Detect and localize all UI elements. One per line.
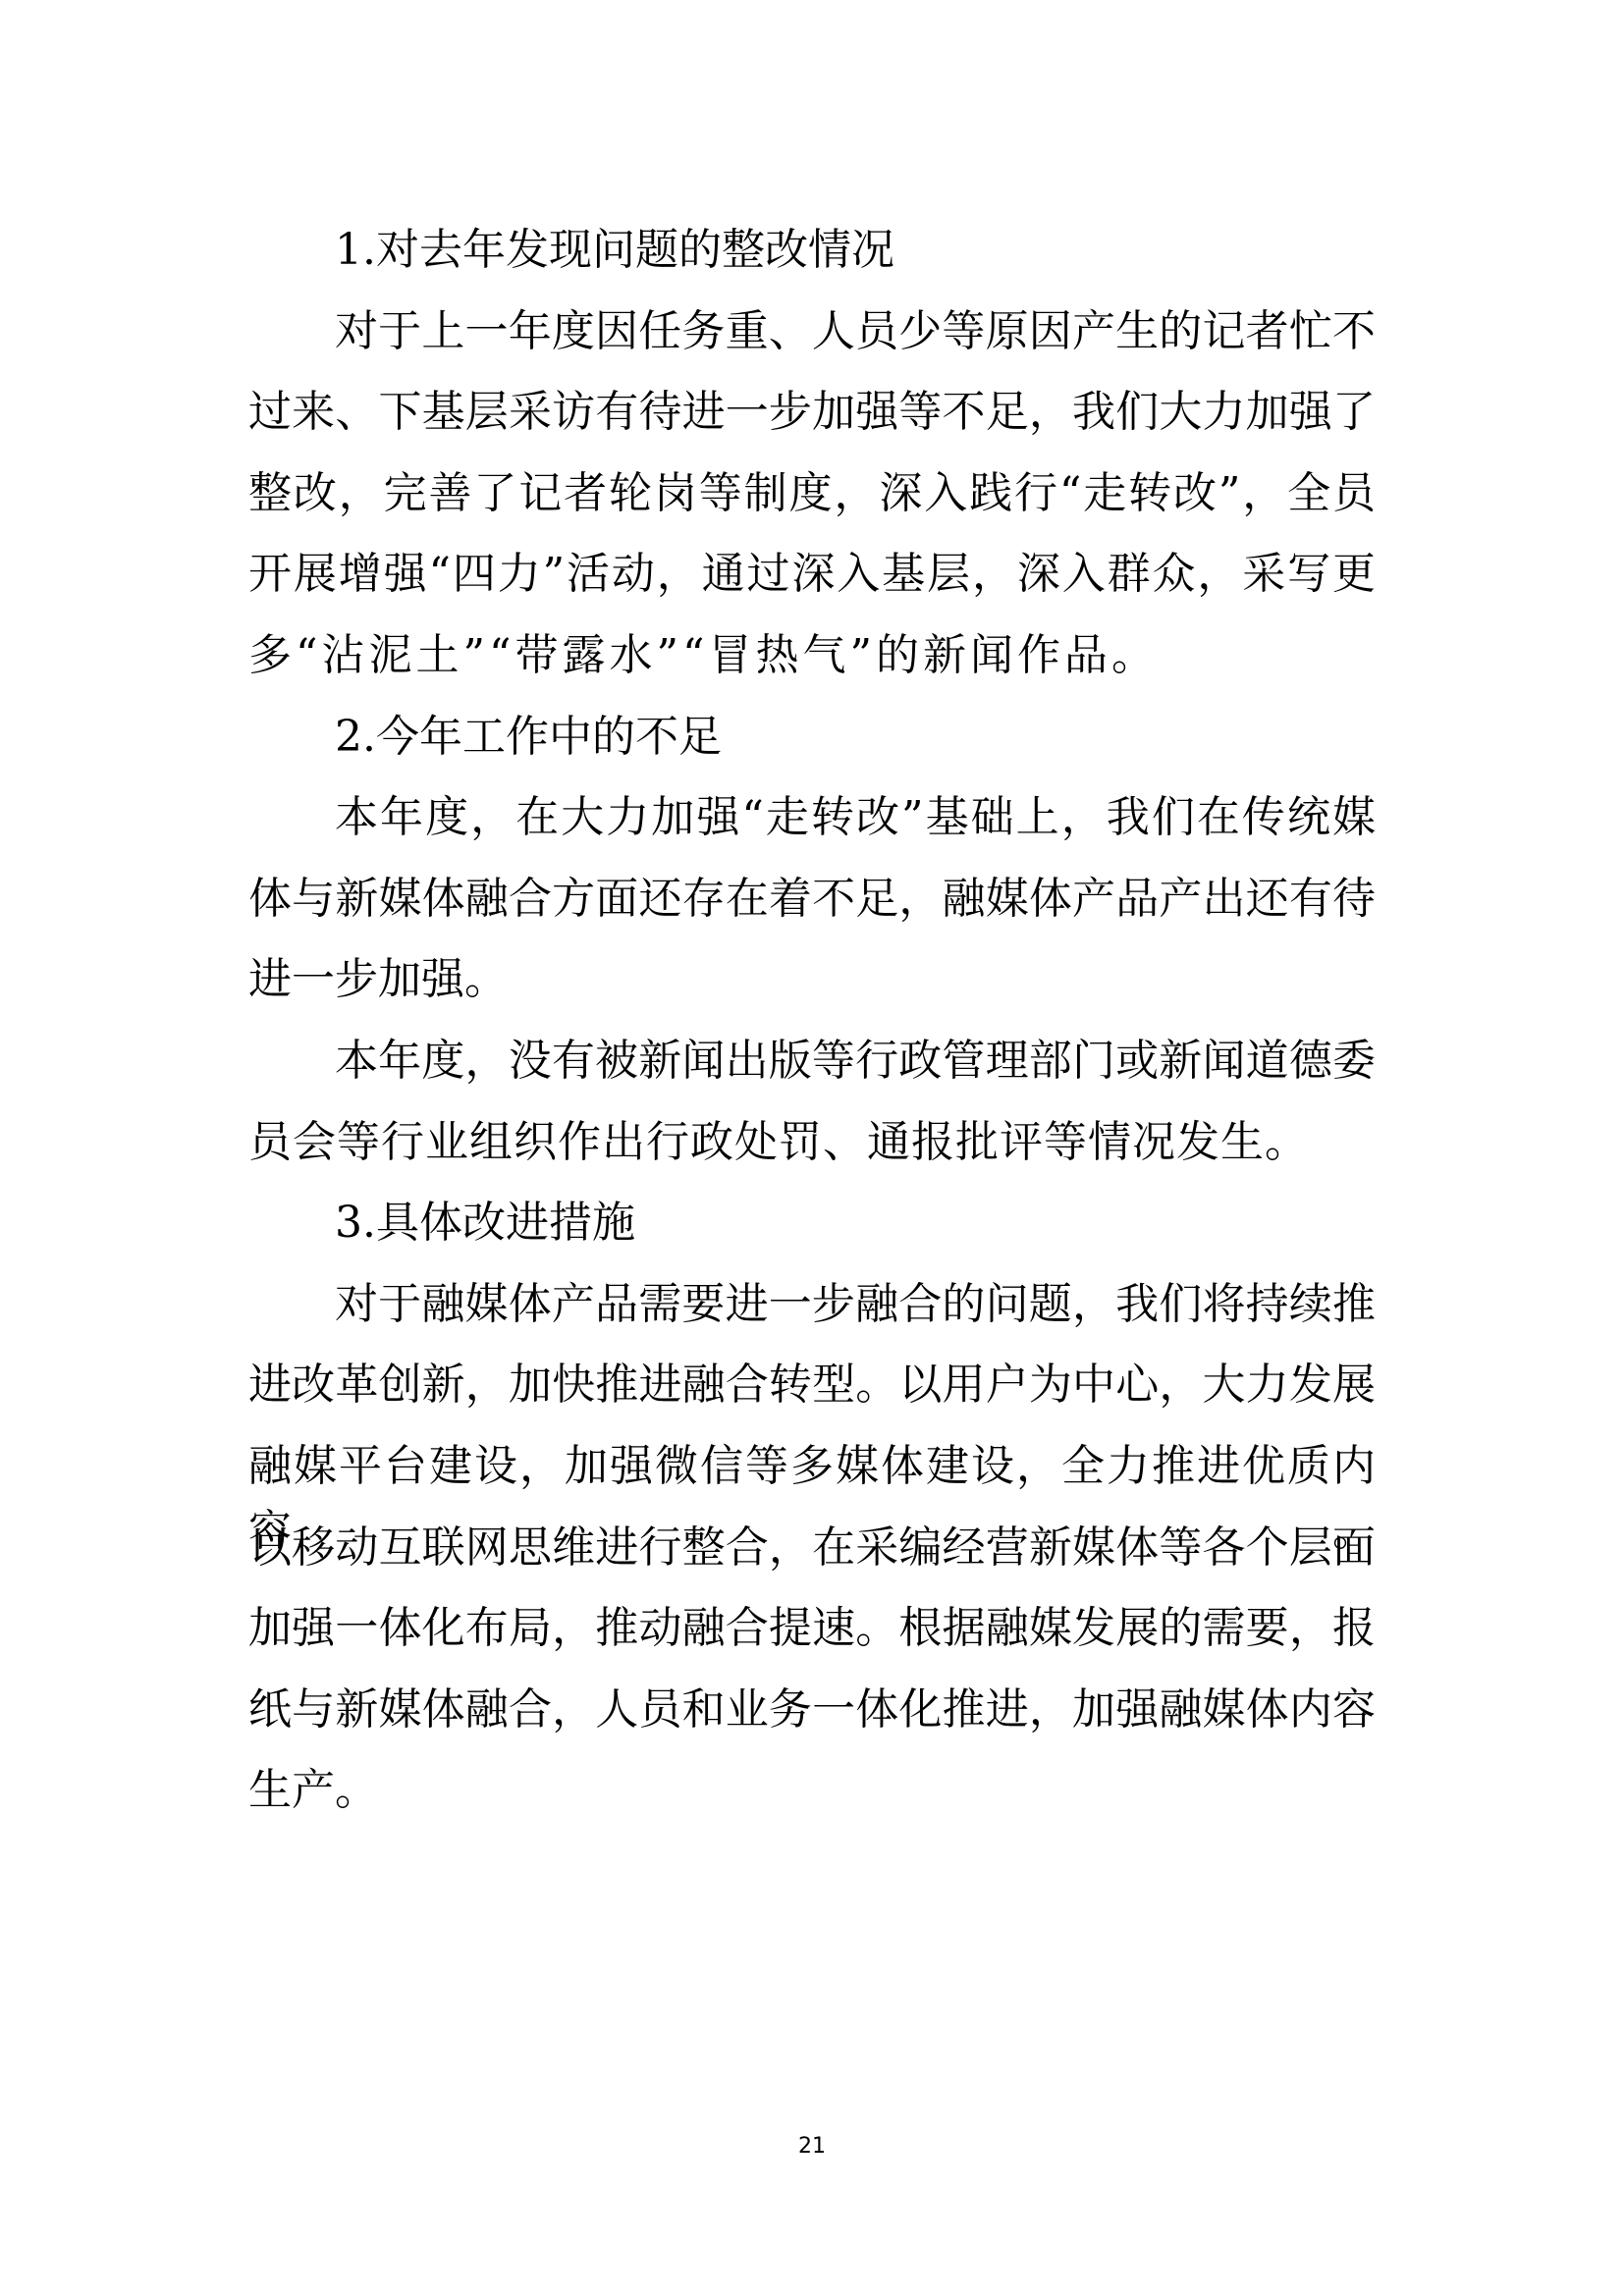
paragraph-line: 进改革创新，加快推进融合转型。以用户为中心，大力发展	[248, 1353, 1376, 1434]
paragraph-line: 开展增强“四力”活动，通过深入基层，深入群众，采写更	[248, 542, 1376, 623]
section-heading-3: 3.具体改进措施	[248, 1191, 1376, 1272]
paragraph-line: 以移动互联网思维进行整合，在采编经营新媒体等各个层面	[248, 1516, 1376, 1597]
page-number: 21	[0, 2132, 1624, 2162]
paragraph-line: 进一步加强。	[248, 947, 1376, 1029]
body-text: 1.对去年发现问题的整改情况 对于上一年度因任务重、人员少等原因产生的记者忙不 …	[248, 218, 1376, 1840]
paragraph-line: 体与新媒体融合方面还存在着不足，融媒体产品产出还有待	[248, 867, 1376, 948]
paragraph-line: 过来、下基层采访有待进一步加强等不足，我们大力加强了	[248, 380, 1376, 461]
paragraph-line: 纸与新媒体融合，人员和业务一体化推进，加强融媒体内容	[248, 1678, 1376, 1759]
paragraph-line: 融媒平台建设，加强微信等多媒体建设，全力推进优质内容。	[248, 1434, 1376, 1516]
paragraph-line: 本年度，在大力加强“走转改”基础上，我们在传统媒	[248, 785, 1376, 867]
paragraph-line: 对于融媒体产品需要进一步融合的问题，我们将持续推	[248, 1272, 1376, 1354]
paragraph-line: 整改，完善了记者轮岗等制度，深入践行“走转改”，全员	[248, 461, 1376, 543]
paragraph-line: 加强一体化布局，推动融合提速。根据融媒发展的需要，报	[248, 1596, 1376, 1678]
paragraph-line: 对于上一年度因任务重、人员少等原因产生的记者忙不	[248, 299, 1376, 381]
paragraph-line: 本年度，没有被新闻出版等行政管理部门或新闻道德委	[248, 1029, 1376, 1110]
section-heading-2: 2.今年工作中的不足	[248, 705, 1376, 786]
document-page: 1.对去年发现问题的整改情况 对于上一年度因任务重、人员少等原因产生的记者忙不 …	[0, 0, 1624, 2296]
paragraph-line: 多“沾泥土”“带露水”“冒热气”的新闻作品。	[248, 623, 1376, 705]
section-heading-1: 1.对去年发现问题的整改情况	[248, 218, 1376, 299]
paragraph-line: 生产。	[248, 1758, 1376, 1840]
paragraph-line: 员会等行业组织作出行政处罚、通报批评等情况发生。	[248, 1110, 1376, 1192]
